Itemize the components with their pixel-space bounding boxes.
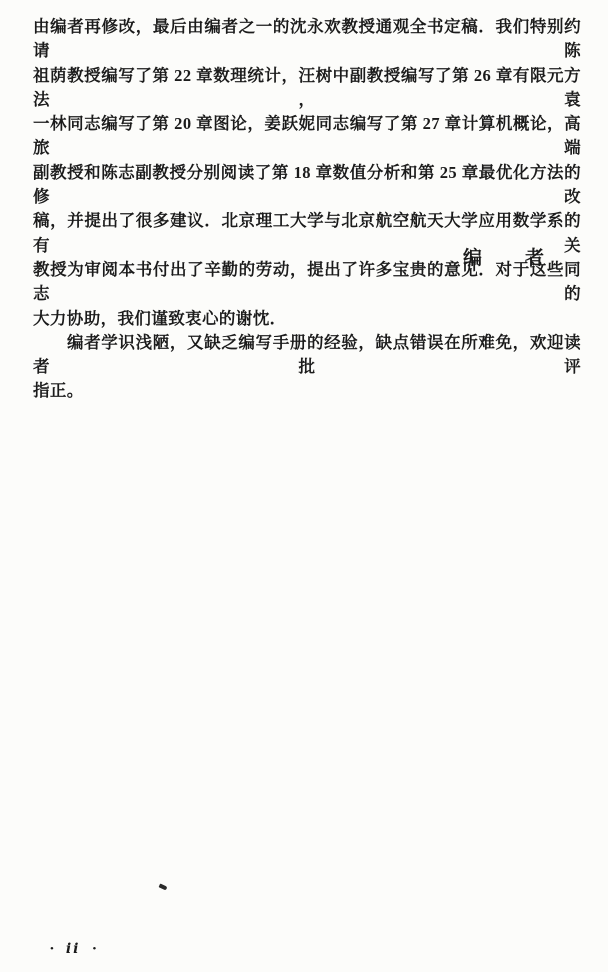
text-line: 祖荫教授编写了第 22 章数理统计，汪树中副教授编写了第 26 章有限元方法，袁 xyxy=(33,64,581,113)
scanned-book-page: 由编者再修改，最后由编者之一的沈永欢教授通观全书定稿．我们特别约请陈 祖荫教授编… xyxy=(0,0,608,972)
footer-dot: • xyxy=(93,944,97,955)
preface-text-block: 由编者再修改，最后由编者之一的沈永欢教授通观全书定稿．我们特别约请陈 祖荫教授编… xyxy=(33,15,581,404)
text-line: 编者学识浅陋，又缺乏编写手册的经验，缺点错误在所难免，欢迎读者批评 xyxy=(33,331,581,380)
text-line: 一林同志编写了第 20 章图论，姜跃妮同志编写了第 27 章计算机概论，高旅端 xyxy=(33,112,581,161)
text-line: 指正。 xyxy=(33,379,581,403)
page-footer: • ii • xyxy=(50,942,96,956)
ink-speck xyxy=(159,883,168,890)
signature-word: 编 xyxy=(463,248,482,269)
text-line: 由编者再修改，最后由编者之一的沈永欢教授通观全书定稿．我们特别约请陈 xyxy=(33,15,581,64)
page-number: ii xyxy=(66,942,81,956)
text-line: 大力协助，我们谨致衷心的谢忱． xyxy=(33,307,581,331)
footer-dot: • xyxy=(50,944,54,955)
editor-signature: 编者 xyxy=(0,243,608,270)
signature-word: 者 xyxy=(525,248,544,269)
text-line: 副教授和陈志副教授分别阅读了第 18 章数值分析和第 25 章最优化方法的修改 xyxy=(33,161,581,210)
